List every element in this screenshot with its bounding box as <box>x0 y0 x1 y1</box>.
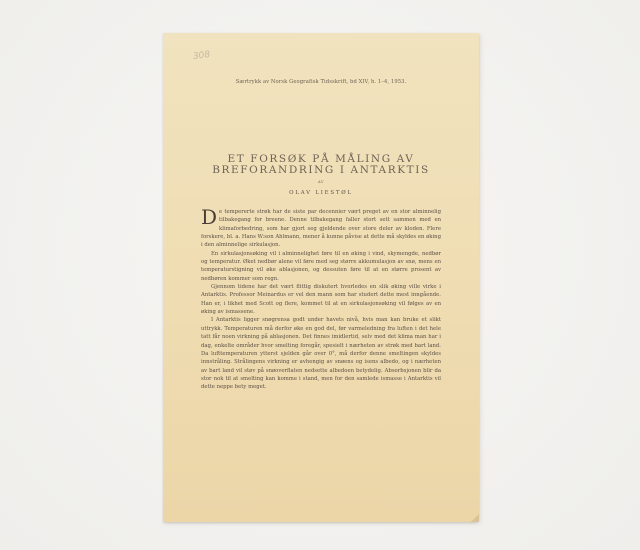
drop-cap: D <box>201 209 217 225</box>
paragraph-4: I Antarktis ligger snøgrensa godt under … <box>201 316 441 391</box>
pencil-annotation: 308 <box>192 50 210 62</box>
author-name: OLAV LIESTØL <box>163 190 479 196</box>
paragraph-3: Gjennom tidene har det vært flittig disk… <box>201 283 441 316</box>
offprint-reference: Særtrykk av Norsk Geografisk Tidsskrift,… <box>163 79 479 85</box>
paragraph-2: En sirkulasjonsøking vil i alminnelighet… <box>201 250 441 283</box>
paragraph-1-text: e tempererte strøk har de siste par dece… <box>201 209 441 248</box>
title-line-2: BREFORANDRING I ANTARKTIS <box>163 165 479 176</box>
paragraph-1: De tempererte strøk har de siste par dec… <box>201 208 441 250</box>
article-body: De tempererte strøk har de siste par dec… <box>201 208 441 392</box>
document-page: 308 Særtrykk av Norsk Geografisk Tidsskr… <box>163 33 479 522</box>
article-title: ET FORSØK PÅ MÅLING AV BREFORANDRING I A… <box>163 154 479 176</box>
by-line: AV <box>163 180 479 184</box>
